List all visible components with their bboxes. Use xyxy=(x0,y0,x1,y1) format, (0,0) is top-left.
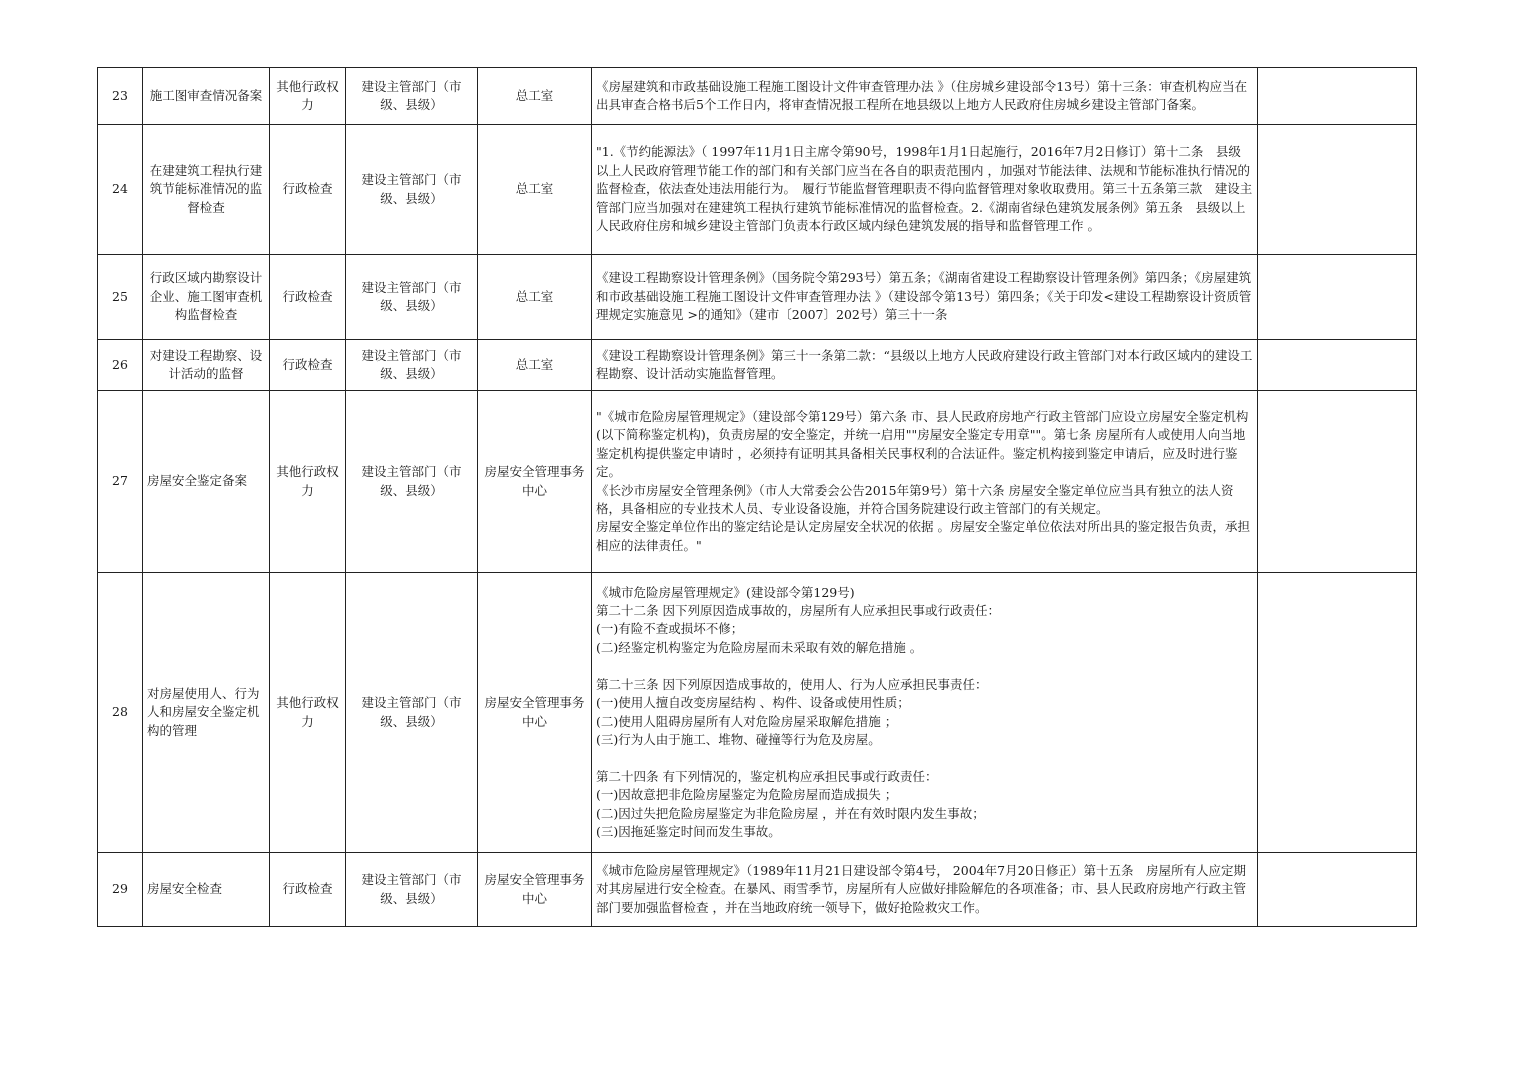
legal-basis: 《房屋建筑和市政基础设施工程施工图设计文件审查管理办法 》（住房城乡建设部令13… xyxy=(592,68,1258,125)
responsible-dept: 建设主管部门（市级、县级） xyxy=(346,391,478,573)
internal-unit: 总工室 xyxy=(478,68,592,125)
remarks xyxy=(1258,68,1417,125)
legal-basis: 《建设工程勘察设计管理条例》第三十一条第二款：“县级以上地方人民政府建设行政主管… xyxy=(592,340,1258,391)
responsible-dept: 建设主管部门（市级、县级） xyxy=(346,853,478,927)
item-name: 在建建筑工程执行建筑节能标准情况的监督检查 xyxy=(143,125,270,255)
item-name: 房屋安全鉴定备案 xyxy=(143,391,270,573)
basis-line: 《城市危险房屋管理规定》(建设部令第129号) xyxy=(596,584,1253,602)
basis-line: 第二十四条 有下列情况的，鉴定机构应承担民事或行政责任： xyxy=(596,768,1253,786)
row-number: 28 xyxy=(98,573,143,853)
basis-line: 第二十二条 因下列原因造成事故的，房屋所有人应承担民事或行政责任： xyxy=(596,602,1253,620)
legal-basis: 《建设工程勘察设计管理条例》（国务院令第293号）第五条；《湖南省建设工程勘察设… xyxy=(592,255,1258,340)
table-row: 26 对建设工程勘察、设计活动的监督 行政检查 建设主管部门（市级、县级） 总工… xyxy=(98,340,1417,391)
table-row: 29 房屋安全检查 行政检查 建设主管部门（市级、县级） 房屋安全管理事务中心 … xyxy=(98,853,1417,927)
basis-line: (三)因拖延鉴定时间而发生事故。 xyxy=(596,823,1253,841)
item-name: 行政区域内勘察设计企业、施工图审查机构监督检查 xyxy=(143,255,270,340)
table-row: 24 在建建筑工程执行建筑节能标准情况的监督检查 行政检查 建设主管部门（市级、… xyxy=(98,125,1417,255)
power-type: 其他行政权力 xyxy=(270,391,346,573)
remarks xyxy=(1258,255,1417,340)
internal-unit: 房屋安全管理事务中心 xyxy=(478,573,592,853)
basis-paragraph: 房屋安全鉴定单位作出的鉴定结论是认定房屋安全状况的依据 。房屋安全鉴定单位依法对… xyxy=(596,518,1253,555)
basis-line: (二)因过失把危险房屋鉴定为非危险房屋 ，并在有效时限内发生事故； xyxy=(596,805,1253,823)
table-row: 28 对房屋使用人、行为人和房屋安全鉴定机构的管理 其他行政权力 建设主管部门（… xyxy=(98,573,1417,853)
basis-line xyxy=(596,749,1253,767)
item-name: 对房屋使用人、行为人和房屋安全鉴定机构的管理 xyxy=(143,573,270,853)
legal-basis: 《城市危险房屋管理规定》(建设部令第129号) 第二十二条 因下列原因造成事故的… xyxy=(592,573,1258,853)
table-row: 25 行政区域内勘察设计企业、施工图审查机构监督检查 行政检查 建设主管部门（市… xyxy=(98,255,1417,340)
remarks xyxy=(1258,391,1417,573)
item-name: 施工图审查情况备案 xyxy=(143,68,270,125)
row-number: 26 xyxy=(98,340,143,391)
internal-unit: 总工室 xyxy=(478,125,592,255)
power-list-table: 23 施工图审查情况备案 其他行政权力 建设主管部门（市级、县级） 总工室 《房… xyxy=(97,67,1417,927)
responsible-dept: 建设主管部门（市级、县级） xyxy=(346,573,478,853)
responsible-dept: 建设主管部门（市级、县级） xyxy=(346,340,478,391)
item-name: 房屋安全检查 xyxy=(143,853,270,927)
internal-unit: 房屋安全管理事务中心 xyxy=(478,853,592,927)
basis-line: (一)有险不查或损坏不修； xyxy=(596,620,1253,638)
basis-line: (一)因故意把非危险房屋鉴定为危险房屋而造成损失 ； xyxy=(596,786,1253,804)
legal-basis: 《城市危险房屋管理规定》（1989年11月21日建设部令第4号， 2004年7月… xyxy=(592,853,1258,927)
item-name: 对建设工程勘察、设计活动的监督 xyxy=(143,340,270,391)
table-row: 27 房屋安全鉴定备案 其他行政权力 建设主管部门（市级、县级） 房屋安全管理事… xyxy=(98,391,1417,573)
internal-unit: 房屋安全管理事务中心 xyxy=(478,391,592,573)
row-number: 23 xyxy=(98,68,143,125)
internal-unit: 总工室 xyxy=(478,255,592,340)
remarks xyxy=(1258,853,1417,927)
power-type: 其他行政权力 xyxy=(270,573,346,853)
responsible-dept: 建设主管部门（市级、县级） xyxy=(346,68,478,125)
basis-line: (二)使用人阻碍房屋所有人对危险房屋采取解危措施 ； xyxy=(596,713,1253,731)
basis-paragraph: "《城市危险房屋管理规定》（建设部令第129号）第六条 市、县人民政府房地产行政… xyxy=(596,408,1253,482)
row-number: 27 xyxy=(98,391,143,573)
basis-line: (三)行为人由于施工、堆物、碰撞等行为危及房屋。 xyxy=(596,731,1253,749)
basis-paragraph: 《长沙市房屋安全管理条例》（市人大常委会公告2015年第9号）第十六条 房屋安全… xyxy=(596,482,1253,519)
legal-basis: "1.《节约能源法》（ 1997年11月1日主席令第90号，1998年1月1日起… xyxy=(592,125,1258,255)
basis-line xyxy=(596,657,1253,675)
remarks xyxy=(1258,340,1417,391)
table-row: 23 施工图审查情况备案 其他行政权力 建设主管部门（市级、县级） 总工室 《房… xyxy=(98,68,1417,125)
legal-basis: "《城市危险房屋管理规定》（建设部令第129号）第六条 市、县人民政府房地产行政… xyxy=(592,391,1258,573)
power-type: 行政检查 xyxy=(270,125,346,255)
power-type: 行政检查 xyxy=(270,255,346,340)
responsible-dept: 建设主管部门（市级、县级） xyxy=(346,255,478,340)
power-type: 行政检查 xyxy=(270,340,346,391)
basis-line: (一)使用人擅自改变房屋结构 、构件、设备或使用性质； xyxy=(596,694,1253,712)
remarks xyxy=(1258,125,1417,255)
power-type: 行政检查 xyxy=(270,853,346,927)
row-number: 29 xyxy=(98,853,143,927)
internal-unit: 总工室 xyxy=(478,340,592,391)
row-number: 24 xyxy=(98,125,143,255)
basis-line: (二)经鉴定机构鉴定为危险房屋而未采取有效的解危措施 。 xyxy=(596,639,1253,657)
row-number: 25 xyxy=(98,255,143,340)
power-type: 其他行政权力 xyxy=(270,68,346,125)
basis-line: 第二十三条 因下列原因造成事故的，使用人、行为人应承担民事责任： xyxy=(596,676,1253,694)
responsible-dept: 建设主管部门（市级、县级） xyxy=(346,125,478,255)
remarks xyxy=(1258,573,1417,853)
